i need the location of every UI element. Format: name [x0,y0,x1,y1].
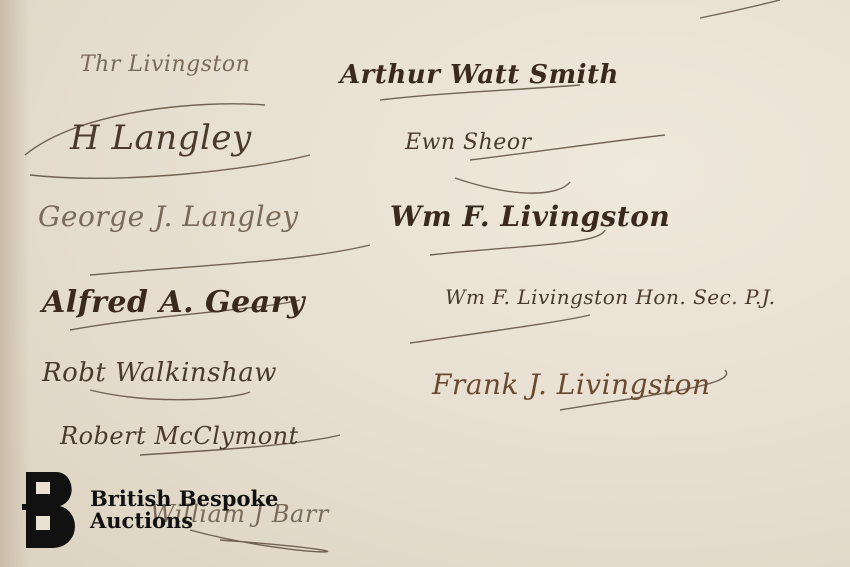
signature-george-langley: George J. Langley [38,200,299,233]
signature-thr-livingston: Thr Livingston [80,52,250,77]
signature-wm-livingston: Wm F. Livingston [390,200,670,233]
signature-frank-livingston: Frank J. Livingston [432,368,711,401]
signature-wm-livingston-hon-sec: Wm F. Livingston Hon. Sec. P.J. [445,285,776,309]
signature-arthur-watt-smith: Arthur Watt Smith [340,60,619,90]
ledger-page-photo: Thr Livingston H Langley George J. Langl… [0,0,850,567]
signature-alfred-geary: Alfred A. Geary [42,285,305,320]
watermark-line2: Auctions [90,510,278,532]
watermark-logo: British Bespoke Auctions [22,470,278,550]
signature-ewn-sheor: Ewn Sheor [405,130,532,155]
signature-h-langley: H Langley [70,118,252,158]
watermark-line1: British Bespoke [90,488,278,510]
signature-robert-mcclymont: Robert McClymont [60,422,299,450]
signature-robt-walkinshaw: Robt Walkinshaw [42,358,277,388]
bba-logo-icon [22,470,82,550]
